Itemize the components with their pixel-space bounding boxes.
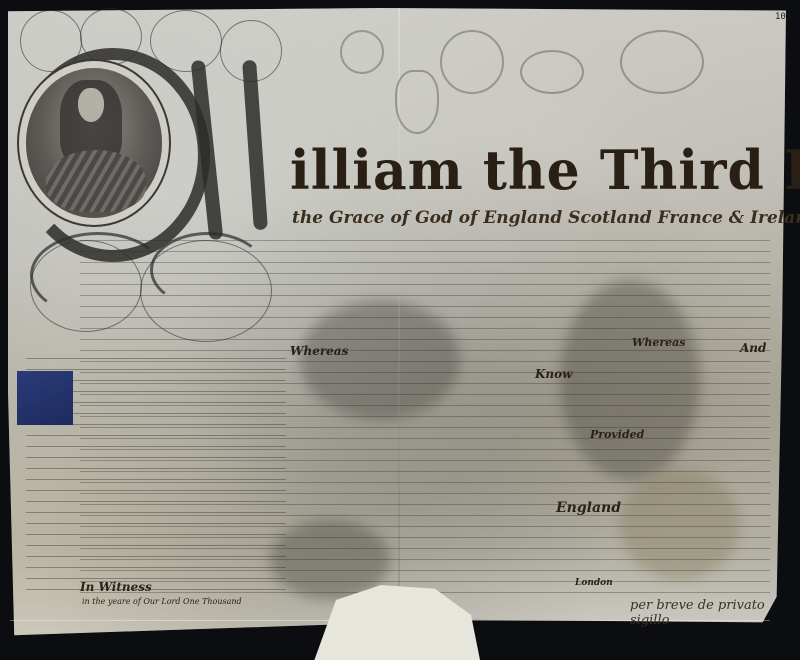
keyword-england: England — [556, 500, 621, 516]
eagle-flourish — [620, 30, 704, 94]
keyword-london: London — [575, 578, 613, 588]
heraldic-shield — [395, 70, 439, 134]
keyword-whereas: Whereas — [290, 344, 348, 358]
keyword-in-witness: In Witness — [80, 580, 152, 594]
portrait-face — [78, 88, 104, 122]
keyword-and: And — [740, 341, 766, 355]
clerk-signature: per breve de privato sigillo — [630, 598, 800, 628]
lion-crown-flourish — [340, 30, 384, 74]
folio-number: 103 — [775, 12, 791, 22]
flourish-scroll — [520, 50, 584, 94]
flourish-scroll — [440, 30, 504, 94]
blue-label — [17, 371, 73, 425]
royal-style-line: the Grace of God of England Scotland Fra… — [292, 208, 800, 228]
keyword-whereas: Whereas — [632, 336, 685, 349]
document-title: illiam the Third By — [290, 138, 800, 202]
keyword-know: Know — [535, 367, 573, 381]
witness-clause: in the yeare of Our Lord One Thousand — [82, 597, 242, 606]
portrait-robe — [46, 150, 146, 212]
keyword-provided: Provided — [590, 428, 644, 441]
